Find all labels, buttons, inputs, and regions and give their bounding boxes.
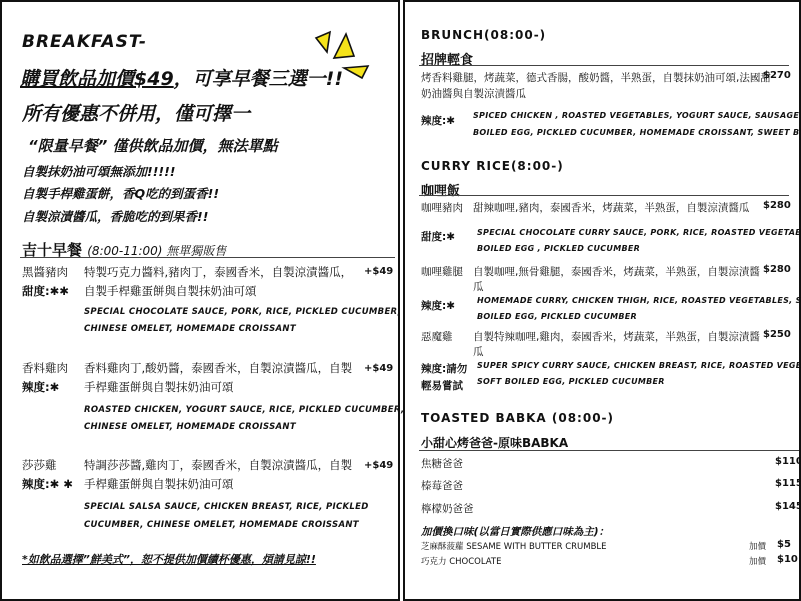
item-spice-level: 辣度:✱ ✱ xyxy=(22,476,73,492)
item-name: 焦糖爸爸 xyxy=(421,456,463,471)
item-desc-zh-2: 瓜 xyxy=(473,279,484,294)
item-desc-zh-2: 手桿雞蛋餅與自製抹奶油可頌 xyxy=(84,476,234,492)
addon-name: 芝麻酥菠蘿 SESAME WITH BUTTER CRUMBLE xyxy=(421,540,607,552)
drink-footnote: *如飲品選擇”鮮美式”，恕不提供加價續杯優惠，煩請見諒!! xyxy=(22,551,316,567)
babka-heading-en: TOASTED BABKA (08:00-) xyxy=(421,411,614,425)
promo-line-2: 所有優惠不併用，僅可擇一 xyxy=(22,99,250,126)
item-desc-zh-1: 甜辣咖哩,豬肉，泰國香米，烤蔬菜，半熟蛋，自製涼漬醬瓜 xyxy=(473,200,749,215)
item-desc-zh-1: 特製巧克力醬料,豬肉丁，泰國香米，自製涼漬醬瓜， xyxy=(84,264,352,280)
item-spice-level: 甜度:✱✱ xyxy=(22,283,69,299)
item-desc-zh-2: 奶油醬與自製涼漬醬瓜 xyxy=(421,86,526,101)
item-desc-en-2: BOILED EGG, PICKLED CUCUMBER, HOMEMADE C… xyxy=(473,128,801,137)
item-desc-en-2: CHINESE OMELET, HOMEMADE CROISSANT xyxy=(84,422,296,432)
item-desc-en-1: HOMEMADE CURRY, CHICKEN THIGH, RICE, ROA… xyxy=(477,296,801,305)
item-name: 檸檬奶爸爸 xyxy=(421,501,474,516)
addon-label: 加價 xyxy=(749,540,766,552)
item-name: 榛莓爸爸 xyxy=(421,478,463,493)
item-name: 咖哩豬肉 xyxy=(421,200,463,215)
promo-price-text: 購買飲品加價$49 xyxy=(20,68,174,90)
brunch-panel: BRUNCH(08:00-) 招牌輕食 烤香料雞腿，烤蔬菜，德式香腸，酸奶醬，半… xyxy=(403,0,801,601)
item-desc-en-2: BOILED EGG, PICKLED CUCUMBER xyxy=(477,312,637,321)
item-desc-en-1: SPECIAL CHOCOLATE SAUCE, PORK, RICE, PIC… xyxy=(84,307,401,317)
item-desc-en-2: SOFT BOILED EGG, PICKLED CUCUMBER xyxy=(477,377,665,386)
section-divider xyxy=(20,257,395,258)
item-desc-zh-2: 自製手桿雞蛋餅與自製抹奶油可頌 xyxy=(84,283,257,299)
item-desc-zh-1: 特調莎莎醬,雞肉丁，泰國香米，自製涼漬醬瓜，自製 xyxy=(84,457,352,473)
item-desc-en-2: CHINESE OMELET, HOMEMADE CROISSANT xyxy=(84,324,296,334)
item-price: +$49 xyxy=(364,363,393,374)
item-desc-en-2: CUCUMBER, CHINESE OMELET, HOMEMADE CROIS… xyxy=(84,520,359,530)
addon-name: 巧克力 CHOCOLATE xyxy=(421,555,502,567)
addon-price: $5 xyxy=(777,539,791,550)
item-price: $115 xyxy=(775,478,801,489)
promo-line-1: 購買飲品加價$49，可享早餐三選一!! xyxy=(20,64,343,91)
item-desc-zh-2: 手桿雞蛋餅與自製抹奶油可頌 xyxy=(84,379,234,395)
item-desc-en-1: ROASTED CHICKEN, YOGURT SAUCE, RICE, PIC… xyxy=(84,405,404,415)
item-price: $280 xyxy=(763,264,791,275)
item-desc-zh-1: 自製咖哩,無骨雞腿，泰國香米，烤蔬菜，半熟蛋，自製涼漬醬 xyxy=(473,264,760,279)
item-desc-en-1: SPECIAL CHOCOLATE CURRY SAUCE, PORK, RIC… xyxy=(477,228,801,237)
item-spice-level: 辣度:✱ xyxy=(22,379,59,395)
babka-heading-zh: 小甜心烤爸爸-原味BABKA xyxy=(421,434,568,451)
curry-heading-zh: 咖哩飯 xyxy=(421,180,460,199)
pickle-note: 自製涼漬醬瓜，香脆吃的到果香!! xyxy=(22,207,208,225)
addon-heading: 加價換口味(以當日實際供應口味為主)： xyxy=(421,524,609,539)
section-subtitle: (8:00-11:00) 無單獨販售 xyxy=(87,244,226,258)
item-price: +$49 xyxy=(364,266,393,277)
brunch-divider xyxy=(419,65,789,66)
breakfast-title: BREAKFAST- xyxy=(22,32,147,52)
item-name: 咖哩雞腿 xyxy=(421,264,463,279)
item-spice-warning: 輕易嘗試 xyxy=(421,378,463,393)
item-desc-en-1: SPECIAL SALSA SAUCE, CHICKEN BREAST, RIC… xyxy=(84,502,369,512)
item-desc-en-1: SPICED CHICKEN , ROASTED VEGETABLES, YOG… xyxy=(473,111,801,120)
item-price: $270 xyxy=(763,70,791,81)
item-spice-level: 辣度:✱ xyxy=(421,113,455,128)
item-desc-zh-1: 自製特辣咖哩,雞肉，泰國香米，烤蔬菜，半熟蛋，自製涼漬醬 xyxy=(473,329,760,344)
promo-offer-text: ，可享早餐三選一!! xyxy=(174,68,343,90)
item-price: $250 xyxy=(763,329,791,340)
omelet-note: 自製手桿雞蛋餅，香Q吃的到蛋香!! xyxy=(22,184,219,202)
addon-label: 加價 xyxy=(749,555,766,567)
item-price: $110 xyxy=(775,456,801,467)
limited-note: “限量早餐” 僅供飲品加價，無法單點 xyxy=(28,135,278,156)
babka-divider xyxy=(419,450,799,451)
item-name: 莎莎雞 xyxy=(22,457,57,473)
item-name: 惡魔雞 xyxy=(421,329,453,344)
item-desc-en-2: BOILED EGG , PICKLED CUCUMBER xyxy=(477,244,640,253)
item-price: $280 xyxy=(763,200,791,211)
curry-divider xyxy=(419,195,789,196)
breakfast-panel: BREAKFAST- 購買飲品加價$49，可享早餐三選一!! 所有優惠不併用，僅… xyxy=(0,0,400,601)
item-price: +$49 xyxy=(364,460,393,471)
item-desc-en-1: SUPER SPICY CURRY SAUCE, CHICKEN BREAST,… xyxy=(477,361,801,370)
item-desc-zh-1: 烤香料雞腿，烤蔬菜，德式香腸，酸奶醬，半熟蛋，自製抹奶油可頌,法國甜 xyxy=(421,70,771,85)
item-spice-level: 甜度:✱ xyxy=(421,229,455,244)
item-desc-zh-1: 香料雞肉丁,酸奶醬，泰國香米，自製涼漬醬瓜，自製 xyxy=(84,360,352,376)
brunch-heading-en: BRUNCH(08:00-) xyxy=(421,28,546,42)
item-spice-level: 辣度:請勿 xyxy=(421,361,467,376)
addon-price: $10 xyxy=(777,554,798,565)
curry-heading-en: CURRY RICE(8:00-) xyxy=(421,159,564,173)
item-price: $145 xyxy=(775,501,801,512)
item-name: 香料雞肉 xyxy=(22,360,68,376)
item-spice-level: 辣度:✱ xyxy=(421,298,455,313)
croissant-note: 自製抹奶油可頌無添加!!!!! xyxy=(22,162,176,180)
item-desc-zh-2: 瓜 xyxy=(473,344,484,359)
item-name: 黑醬豬肉 xyxy=(22,264,68,280)
